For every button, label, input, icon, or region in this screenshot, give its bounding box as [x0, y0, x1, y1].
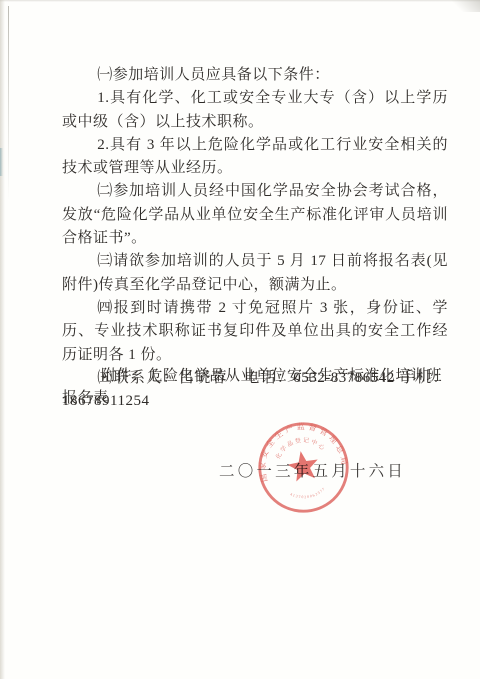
official-seal: 国家安全生产监督管理总局 化学品登记中心 4137020062377 [256, 420, 351, 515]
scan-edge-left [0, 0, 5, 679]
scan-edge-smudge [0, 148, 3, 176]
seal-code: 4137020062377 [289, 486, 328, 502]
paragraph-condition-1: 1.具有化学、化工或安全专业大专（含）以上学历或中级（含）以上技术职称。 [62, 87, 448, 134]
scanned-document-page: ㈠参加培训人员应具备以下条件： 1.具有化学、化工或安全专业大专（含）以上学历或… [0, 0, 480, 679]
seal-star-icon [285, 448, 320, 482]
document-body: ㈠参加培训人员应具备以下条件： 1.具有化学、化工或安全专业大专（含）以上学历或… [62, 64, 448, 413]
paragraph-conditions-heading: ㈠参加培训人员应具备以下条件： [62, 64, 448, 87]
paragraph-condition-2: 2.具有 3 年以上危险化学品或化工行业安全相关的技术或管理等从业经历。 [62, 134, 448, 181]
attachment-line: 附件：危险化学品从业单位安全生产标准化培训班报名表 [62, 365, 448, 409]
scan-edge-left-line [8, 6, 9, 201]
scan-edge-top [0, 0, 480, 2]
paragraph-checkin-materials: ㈣报到时请携带 2 寸免冠照片 3 张，身份证、学历、专业技术职称证书复印件及单… [62, 297, 448, 367]
paragraph-certificate: ㈡参加培训人员经中国化学品安全协会考试合格，发放“危险化学品从业单位安全生产标准… [62, 180, 448, 250]
scan-edge-corner-top-right [446, 0, 480, 12]
paragraph-registration-deadline: ㈢请欲参加培训的人员于 5 月 17 日前将报名表(见附件)传真至化学品登记中心… [62, 250, 448, 297]
